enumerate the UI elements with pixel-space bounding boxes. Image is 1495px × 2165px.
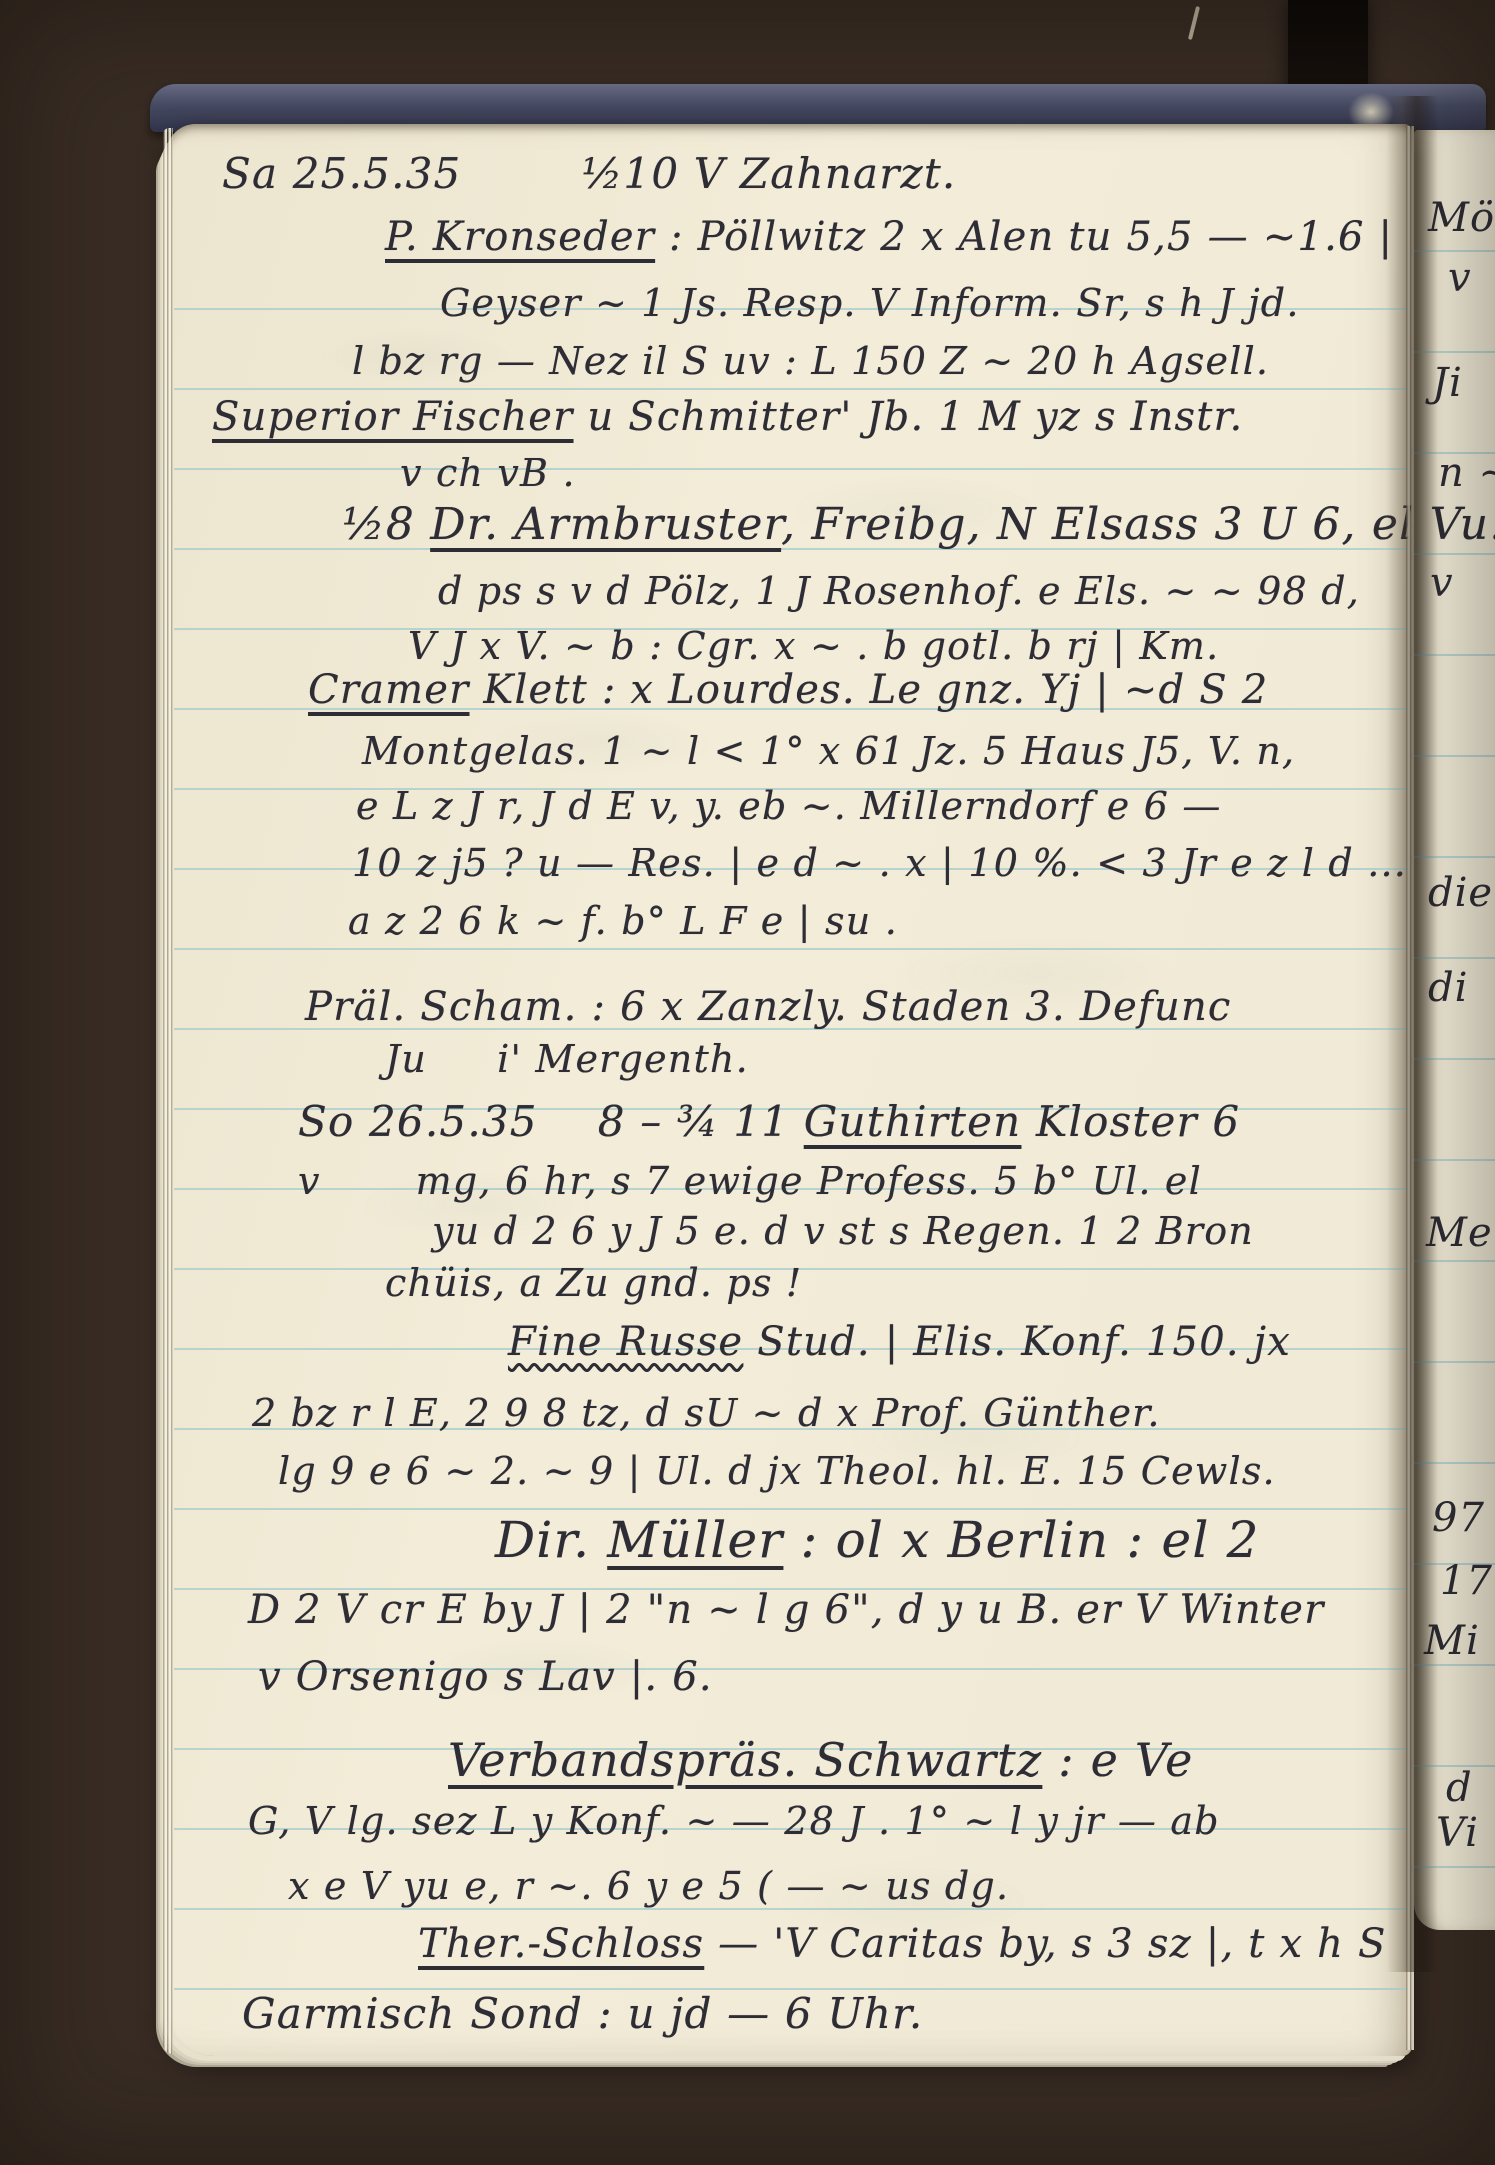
handwriting-line: Jui' Mergenth. [385, 1038, 749, 1081]
handwriting-segment: Ju [385, 1037, 427, 1081]
handwriting-segment: yu d 2 6 y J 5 e. d v st s Regen. 1 2 Br… [432, 1209, 1254, 1253]
handwriting-segment: Kloster 6 [1021, 1097, 1240, 1146]
handwriting-segment: l bz rg — Nez il S uv : L 150 Z ~ 20 h A… [352, 339, 1269, 383]
handwriting-fragment: v [1448, 255, 1472, 301]
handwriting-segment: Sa 25.5.35 [222, 149, 461, 198]
handwriting-line: Präl. Scham. : 6 x Zanzly. Staden 3. Def… [305, 985, 1232, 1030]
handwriting-line: yu d 2 6 y J 5 e. d v st s Regen. 1 2 Br… [432, 1210, 1254, 1253]
handwriting-line: a z 2 6 k ~ f. b° L F e | su . [348, 900, 898, 943]
handwriting-segment: ½8 [342, 499, 430, 550]
page-gutter-shadow [1386, 96, 1438, 1972]
handwriting-segment: e L z J r, J d E v, y. eb ~. Millerndorf… [356, 784, 1222, 828]
handwriting-fragment: 97 [1432, 1495, 1485, 1541]
handwriting-segment: 8 – ¾ 11 [598, 1097, 804, 1146]
handwriting-segment: d ps s v d Pölz, 1 J Rosenhof. e Els. ~ … [438, 569, 1360, 613]
handwriting-segment: So 26.5.35 [298, 1097, 538, 1146]
handwriting-line: vmg, 6 hr, s 7 ewige Profess. 5 b° Ul. e… [298, 1160, 1202, 1203]
handwriting-segment: u Schmitter' Jb. 1 M yz s Instr. [574, 394, 1244, 440]
handwriting-line: 10 z j5 ? u — Res. | e d ~ . x | 10 %. <… [352, 842, 1407, 885]
handwriting-line: Montgelas. 1 ~ l < 1° x 61 Jz. 5 Haus J5… [362, 730, 1295, 773]
handwriting-line: So 26.5.358 – ¾ 11 Guthirten Kloster 6 [298, 1098, 1240, 1145]
handwriting-segment: mg, 6 hr, s 7 ewige Profess. 5 b° Ul. el [416, 1159, 1202, 1203]
handwriting-segment: : ol x Berlin : el 2 [783, 1511, 1259, 1569]
handwriting-segment: Montgelas. 1 ~ l < 1° x 61 Jz. 5 Haus J5… [362, 729, 1295, 773]
handwriting-segment: v ch vB . [400, 451, 576, 495]
handwriting-line: Garmisch Sond : u jd — 6 Uhr. [242, 1990, 923, 2037]
handwriting-line: P. Kronseder : Pöllwitz 2 x Alen tu 5,5 … [385, 215, 1393, 260]
handwriting-segment: 10 z j5 ? u — Res. | e d ~ . x | 10 %. <… [352, 841, 1407, 885]
handwriting-fragment: n ~ [1438, 450, 1495, 496]
handwriting-segment: Verbandspräs. Schwartz [448, 1733, 1042, 1787]
handwriting-fragment: Vi [1436, 1810, 1479, 1856]
handwriting-segment: Cramer [308, 667, 470, 713]
handwriting-segment: : e Ve [1042, 1733, 1193, 1787]
loose-thread [1188, 6, 1200, 40]
handwriting-segment: 2 bz r l E, 2 9 8 tz, d sU ~ d x Prof. G… [252, 1391, 1161, 1435]
handwriting-line: l bz rg — Nez il S uv : L 150 Z ~ 20 h A… [352, 340, 1269, 383]
handwriting-line: e L z J r, J d E v, y. eb ~. Millerndorf… [356, 785, 1222, 828]
handwriting-line: Sa 25.5.35½10 V Zahnarzt. [222, 150, 956, 197]
handwriting-fragment: d [1446, 1765, 1473, 1811]
notebook-photo: MövJin ~vdiediMe9717MidVi Sa 25.5.35½10 … [0, 0, 1495, 2165]
handwriting-segment: Klett : x Lourdes. Le gnz. Yj | ~d S 2 [470, 667, 1269, 713]
diary-left-page: Sa 25.5.35½10 V Zahnarzt.P. Kronseder : … [166, 124, 1412, 2056]
handwriting-segment: G, V lg. sez L y Konf. ~ — 28 J . 1° ~ l… [248, 1799, 1220, 1843]
handwriting-segment: Garmisch Sond : u jd — 6 Uhr. [242, 1989, 923, 2038]
handwriting-line: v ch vB . [400, 452, 576, 495]
handwriting-segment: Ther.-Schloss [418, 1921, 704, 1967]
handwriting-line: Verbandspräs. Schwartz : e Ve [448, 1735, 1194, 1787]
handwriting-segment: D 2 V cr E by J | 2 "n ~ l g 6", d y u B… [248, 1587, 1324, 1633]
handwriting-line: G, V lg. sez L y Konf. ~ — 28 J . 1° ~ l… [248, 1800, 1220, 1843]
handwriting-segment: Geyser ~ 1 Js. Resp. V Inform. Sr, s h J… [440, 281, 1300, 325]
handwriting-segment: Guthirten [804, 1097, 1022, 1146]
handwriting-segment: V J x V. ~ b : Cgr. x ~ . b gotl. b rj |… [408, 624, 1219, 668]
handwriting-segment: : Pöllwitz 2 x Alen tu 5,5 — ~1.6 | [655, 214, 1393, 260]
handwriting-segment: x e V yu e, r ~. 6 y e 5 ( — ~ us dg. [288, 1864, 1009, 1908]
handwriting-line: lg 9 e 6 ~ 2. ~ 9 | Ul. d jx Theol. hl. … [278, 1450, 1276, 1493]
handwriting-segment: i' Mergenth. [497, 1037, 749, 1081]
handwriting-segment: ½10 V Zahnarzt. [581, 149, 956, 198]
handwriting-line: 2 bz r l E, 2 9 8 tz, d sU ~ d x Prof. G… [252, 1392, 1161, 1435]
handwriting-segment: Müller [607, 1511, 783, 1569]
handwriting-segment: — 'V Caritas by, s 3 sz |, t x h S [704, 1921, 1386, 1967]
handwriting-segment: Dir. [495, 1511, 607, 1569]
handwriting-segment: Stud. | Elis. Konf. 150. jx [743, 1319, 1291, 1365]
handwriting-segment: chüis, a Zu gnd. ps ! [385, 1261, 802, 1305]
handwriting-line: Cramer Klett : x Lourdes. Le gnz. Yj | ~… [308, 668, 1268, 713]
handwriting-line: ½8 Dr. Armbruster, Freibg, N Elsass 3 U … [342, 500, 1495, 549]
handwriting-segment: P. Kronseder [385, 214, 655, 260]
handwriting-segment: v Orsenigo s Lav |. 6. [258, 1654, 713, 1700]
handwriting-segment: Dr. Armbruster [430, 499, 781, 550]
handwriting-fragment: 17 [1440, 1558, 1493, 1604]
handwriting-line: chüis, a Zu gnd. ps ! [385, 1262, 802, 1305]
handwriting-segment: Präl. Scham. : 6 x Zanzly. Staden 3. Def… [305, 984, 1232, 1030]
handwriting-segment: v [298, 1159, 321, 1203]
handwriting-segment: Fine Russe [508, 1319, 743, 1365]
handwriting-segment: Superior Fischer [212, 394, 574, 440]
handwriting-line: Dir. Müller : ol x Berlin : el 2 [495, 1512, 1260, 1568]
handwriting-line: Ther.-Schloss — 'V Caritas by, s 3 sz |,… [418, 1922, 1387, 1967]
handwriting-segment: a z 2 6 k ~ f. b° L F e | su . [348, 899, 898, 943]
handwriting-line: Fine Russe Stud. | Elis. Konf. 150. jx [508, 1320, 1291, 1365]
handwriting-fragment: Mö [1428, 195, 1495, 241]
handwriting-line: v Orsenigo s Lav |. 6. [258, 1655, 713, 1700]
handwriting-line: Superior Fischer u Schmitter' Jb. 1 M yz… [212, 395, 1243, 440]
handwriting-line: d ps s v d Pölz, 1 J Rosenhof. e Els. ~ … [438, 570, 1360, 613]
handwriting-segment: lg 9 e 6 ~ 2. ~ 9 | Ul. d jx Theol. hl. … [278, 1449, 1276, 1493]
handwriting-line: x e V yu e, r ~. 6 y e 5 ( — ~ us dg. [288, 1865, 1009, 1908]
handwriting-line: Geyser ~ 1 Js. Resp. V Inform. Sr, s h J… [440, 282, 1300, 325]
handwriting-line: D 2 V cr E by J | 2 "n ~ l g 6", d y u B… [248, 1588, 1324, 1633]
handwriting-line: V J x V. ~ b : Cgr. x ~ . b gotl. b rj |… [408, 625, 1219, 668]
